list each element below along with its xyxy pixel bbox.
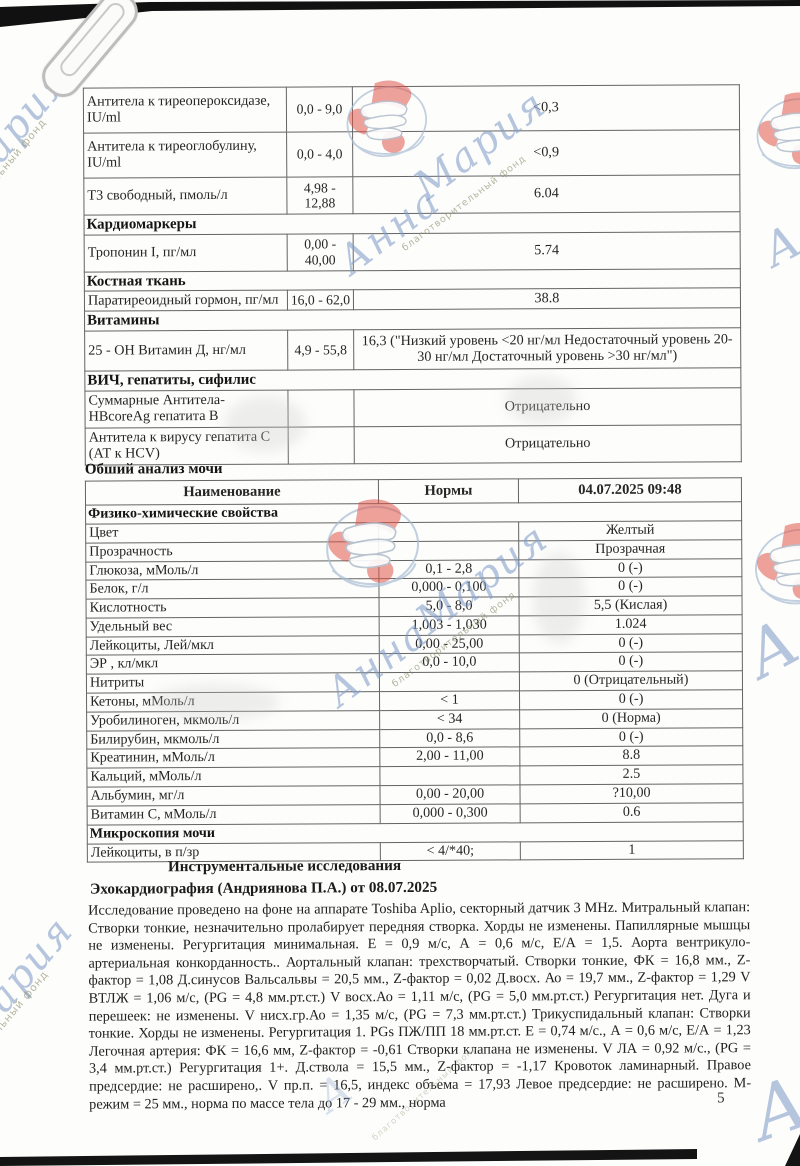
cell-name: Кислотность (86, 598, 379, 618)
cell-norm: 0,0 - 9,0 (286, 87, 352, 132)
instrumental-heading: Инструментальные исследования (168, 857, 401, 876)
cell-norm: 0,0 - 8,6 (380, 728, 520, 748)
cell-name: Кальций, мМоль/л (87, 767, 380, 787)
cell-name: ЭР , кл/мкл (86, 654, 379, 674)
cell-norm: 0,0 - 4,0 (287, 132, 353, 177)
cell-name: Тропонин I, пг/мл (84, 234, 287, 272)
cell-result: <0,9 (353, 130, 740, 177)
cell-name: Прозрачность (86, 541, 379, 561)
cell-norm: 4,9 - 55,8 (288, 330, 354, 370)
cell-name: Витамин С, мМоль/л (87, 804, 380, 824)
column-header-name: Наименование (85, 480, 378, 506)
cell-norm: 2,00 - 11,00 (380, 747, 520, 767)
cell-result: 1 (520, 840, 743, 860)
cell-result: 0 (-) (520, 727, 743, 747)
cell-norm: 0,000 - 0,100 (379, 578, 519, 598)
cell-name: Антитела к тиреоглобулину, IU/ml (84, 132, 287, 178)
cell-norm: 0,00 - 40,00 (287, 233, 353, 270)
cell-result: 2.5 (520, 765, 743, 785)
cell-result: 0 (Норма) (520, 709, 743, 729)
cell-norm: < 34 (380, 710, 520, 730)
cell-norm: < 4/*40; (380, 841, 520, 861)
cell-name: Антитела к тиреопероксидазе, IU/ml (83, 87, 286, 133)
scan-smudge (533, 552, 585, 644)
cell-result: 38.8 (353, 288, 740, 310)
document-content: Антитела к тиреопероксидазе, IU/ml0,0 - … (0, 0, 800, 1166)
cell-result: Желтый (519, 521, 742, 541)
cell-name: Альбумин, мг/л (87, 786, 380, 806)
cell-norm (380, 766, 520, 786)
table-row: Антитела к тиреопероксидазе, IU/ml0,0 - … (83, 85, 739, 133)
cell-name: Глюкоза, мМоль/л (86, 560, 379, 580)
urine-analysis-table: Наименование Нормы 04.07.2025 09:48 Физи… (85, 477, 744, 863)
column-header-date: 04.07.2025 09:48 (518, 478, 741, 503)
table-row: Антитела к тиреоглобулину, IU/ml0,0 - 4,… (84, 130, 740, 178)
table-row: 25 - ОН Витамин Д, нг/мл4,9 - 55,816,3 (… (85, 328, 741, 371)
cell-result: 6.04 (353, 175, 740, 214)
table-row: Тропонин I, пг/мл0,00 - 40,005.74 (84, 231, 740, 271)
column-header-norms: Нормы (378, 479, 518, 504)
table-row: Т3 свободный, пмоль/л4,98 - 12,886.04 (84, 175, 740, 215)
scan-smudge (224, 396, 306, 452)
echo-report-paragraph: Исследование проведено на фоне на аппара… (88, 899, 751, 1114)
cell-result: 0 (-) (519, 652, 742, 672)
cell-name: 25 - ОН Витамин Д, нг/мл (85, 330, 288, 371)
cell-result: <0,3 (352, 85, 739, 132)
page-number: 5 (717, 1090, 725, 1107)
cell-result: 8.8 (520, 746, 743, 766)
cell-norm: 0,000 - 0,300 (380, 804, 520, 824)
cell-result: 0 (-) (520, 690, 743, 710)
lab-results-table: Антитела к тиреопероксидазе, IU/ml0,0 - … (83, 84, 742, 465)
table-row: Суммарные Антитела-HBcoreAg гепатита ВОт… (85, 387, 741, 427)
scanned-document: Антитела к тиреопероксидазе, IU/ml0,0 - … (0, 0, 800, 1166)
cell-norm: 5,0 - 8,0 (379, 597, 519, 617)
cell-norm: 0,0 - 10,0 (379, 653, 519, 673)
cell-name: Лейкоциты, Лей/мкл (86, 635, 379, 655)
cell-name: Удельный вес (86, 617, 379, 637)
cell-norm: 4,98 - 12,88 (287, 177, 353, 214)
cell-norm (379, 541, 519, 561)
cell-name: Билирубин, мкмоль/л (87, 729, 380, 749)
cell-norm: 0,00 - 20,00 (380, 785, 520, 805)
cell-name: Цвет (86, 523, 379, 543)
echo-subheading: Эхокардиография (Андриянова П.А.) от 08.… (90, 879, 437, 899)
scan-smudge (505, 376, 577, 424)
cell-norm (379, 672, 519, 692)
cell-name: Т3 свободный, пмоль/л (84, 177, 287, 215)
cell-name: Паратиреоидный гормон, пг/мл (84, 290, 287, 311)
scan-smudge (150, 684, 280, 720)
cell-result: 5.74 (353, 231, 740, 270)
cell-result: 0.6 (520, 802, 743, 822)
urine-header-row: Наименование Нормы 04.07.2025 09:48 (85, 478, 741, 505)
cell-norm (379, 522, 519, 542)
cell-norm: 16,0 - 62,0 (287, 290, 353, 310)
cell-norm: 1,003 - 1,030 (379, 616, 519, 636)
cell-norm: 0,00 - 25,00 (379, 635, 519, 655)
cell-name: Креатинин, мМоль/л (87, 748, 380, 768)
cell-name: Белок, г/л (86, 579, 379, 599)
cell-norm: 0,1 - 2,8 (379, 559, 519, 579)
cell-result: 16,3 ("Низкий уровень <20 нг/мл Недостат… (354, 328, 741, 370)
cell-norm: < 1 (380, 691, 520, 711)
cell-result: 0 (Отрицательный) (519, 671, 742, 691)
cell-result: ?10,00 (520, 784, 743, 804)
